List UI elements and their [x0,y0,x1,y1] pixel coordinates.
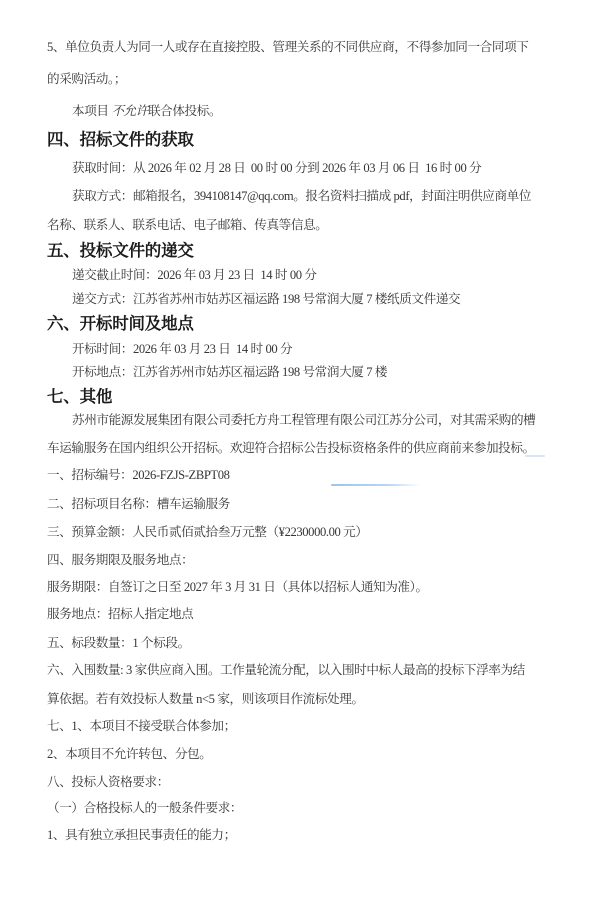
no-consortium-suffix: 联合体投标。 [148,104,221,118]
no-consortium-note: 本项目 不允许联合体投标。 [72,104,221,118]
supplier-conflict-clause-line2: 的采购活动。； [47,72,126,86]
obtain-time-line: 获取时间：从 2026 年 02 月 28 日 00 时 00 分到 2026 … [72,161,481,175]
general-conditions-line: （一）合格投标人的一般条件要求： [47,801,242,815]
scanned-tender-document-page: 5、单位负责人为同一人或存在直接控股、管理关系的不同供应商，不得参加同一合同项下… [0,0,597,912]
shortlist-line2: 算依据。若有效投标人数量 n<5 家，则该项目作流标处理。 [47,692,364,706]
civil-liability-line: 1、具有独立承担民事责任的能力； [47,828,236,842]
shortlist-line1: 六、入围数量: 3 家供应商入围。工作量轮流分配，以入围时中标人最高的投标下浮率… [47,663,525,677]
supplier-conflict-clause-line1: 5、单位负责人为同一人或存在直接控股、管理关系的不同供应商，不得参加同一合同项下 [47,40,528,54]
qualification-header-line: 八、投标人资格要求： [47,775,169,789]
tender-number-line: 一、招标编号：2026-FZJS-ZBPT08 [47,468,230,482]
submission-method-line: 递交方式：江苏省苏州市姑苏区福运路 198 号常润大厦 7 楼纸质文件递交 [72,292,460,306]
heading-others: 七、其他 [47,388,112,406]
opening-time-line: 开标时间：2026 年 03 月 23 日 14 时 00 分 [72,342,292,356]
service-term-line: 服务期限：自签订之日至 2027 年 3 月 31 日（具体以招标人通知为准）。 [47,580,428,594]
project-name-line: 二、招标项目名称：槽车运输服务 [47,497,230,511]
service-term-header-line: 四、服务期限及服务地点： [47,553,193,567]
no-subcontract-line: 2、本项目不允许转包、分包。 [47,747,211,761]
contact-info-line: 名称、联系人、联系电话、电子邮箱、传真等信息。 [47,218,327,232]
heading-bid-submission: 五、投标文件的递交 [47,242,194,260]
intro-line2: 车运输服务在国内组织公开招标。欢迎符合招标公告投标资格条件的供应商前来参加投标。 [47,441,535,455]
no-consortium-prefix: 本项目 [72,104,111,118]
intro-line1: 苏州市能源发展集团有限公司委托方舟工程管理有限公司江苏分公司，对其需采购的槽 [72,413,535,427]
lot-count-line: 五、标段数量：1 个标段。 [47,636,190,650]
scan-artifact-blue-underline [331,484,420,486]
opening-place-line: 开标地点：江苏省苏州市姑苏区福运路 198 号常润大厦 7 楼 [72,365,387,379]
no-consortium-italic-word: 不允许 [111,104,148,118]
heading-obtain-documents: 四、招标文件的获取 [47,131,194,149]
heading-bid-opening: 六、开标时间及地点 [47,315,194,333]
obtain-method-line: 获取方式：邮箱报名，394108147@qq.com。报名资料扫描成 pdf，封… [72,189,531,203]
scan-artifact-blue-dot [525,455,545,457]
service-place-line: 服务地点：招标人指定地点 [47,607,193,621]
consortium-not-accepted-line: 七、1、本项目不接受联合体参加； [47,719,236,733]
budget-line: 三、预算金额：人民币贰佰贰拾叁万元整（¥2230000.00 元） [47,525,368,539]
submission-deadline-line: 递交截止时间：2026 年 03 月 23 日 14 时 00 分 [72,268,317,282]
